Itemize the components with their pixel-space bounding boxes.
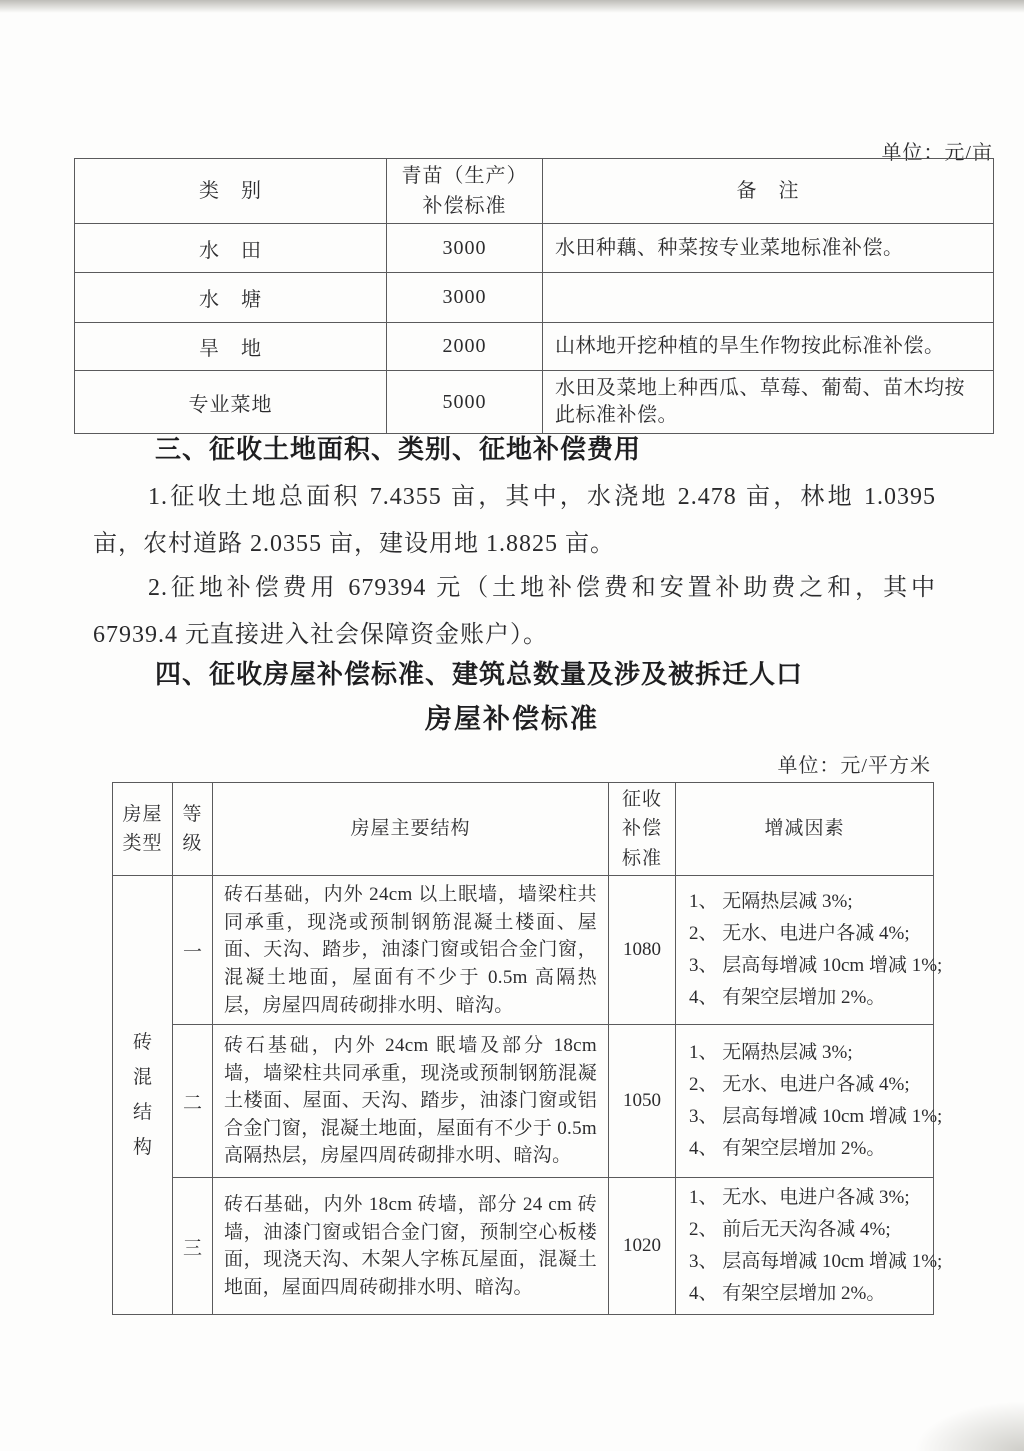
section3-paragraph-1: 1.征收土地总面积 7.4355 亩，其中，水浇地 2.478 亩，林地 1.0… xyxy=(93,474,936,568)
table2-cell-structure: 砖石基础，内外 18cm 砖墙，部分 24 cm 砖墙，油漆门窗或铝合金门窗，预… xyxy=(213,1178,609,1315)
table2-cell-factors: 1、 无隔热层减 3%; 2、 无水、电进户各减 4%; 3、 层高每增减 10… xyxy=(676,876,934,1025)
table1-cell-category: 水 塘 xyxy=(75,273,387,323)
table2-cell-grade: 三 xyxy=(173,1178,213,1315)
table1-row-paddy: 水 田 3000 水田种藕、种菜按专业菜地标准补偿。 xyxy=(75,224,994,273)
table2-cell-grade: 二 xyxy=(173,1025,213,1178)
table2-header-structure: 房屋主要结构 xyxy=(213,783,609,876)
table1-cell-standard: 3000 xyxy=(387,224,543,273)
table2-cell-factors: 1、 无隔热层减 3%; 2、 无水、电进户各减 4%; 3、 层高每增减 10… xyxy=(676,1025,934,1178)
table2-header-factors: 增减因素 xyxy=(676,783,934,876)
table1-cell-category: 水 田 xyxy=(75,224,387,273)
factor-item: 1、 无水、电进户各减 3%; xyxy=(689,1182,929,1214)
scan-corner-artifact xyxy=(914,1401,1024,1451)
factor-item: 4、 有架空层增加 2%。 xyxy=(689,1278,929,1310)
factor-item: 3、 层高每增减 10cm 增减 1%; xyxy=(689,1101,929,1133)
table2-cell-grade: 一 xyxy=(173,876,213,1025)
table1-cell-standard: 3000 xyxy=(387,273,543,323)
table2-cell-structure: 砖石基础，内外 24cm 以上眠墙，墙梁柱共同承重，现浇或预制钢筋混凝土楼面、屋… xyxy=(213,876,609,1025)
factor-item: 2、 前后无天沟各减 4%; xyxy=(689,1214,929,1246)
section3-heading: 三、征收土地面积、类别、征地补偿费用 xyxy=(155,429,641,466)
section4-heading: 四、征收房屋补偿标准、建筑总数量及涉及被拆迁人口 xyxy=(155,654,803,691)
table1-row-pond: 水 塘 3000 xyxy=(75,273,994,323)
house-compensation-table: 房屋类型 等级 房屋主要结构 征收补偿标准 增减因素 砖混结构 一 砖石基础，内… xyxy=(112,782,934,1315)
factor-item: 4、 有架空层增加 2%。 xyxy=(689,1133,929,1165)
table1-row-vegetable: 专业菜地 5000 水田及菜地上种西瓜、草莓、葡萄、苗木均按此标准补偿。 xyxy=(75,371,994,434)
factor-item: 1、 无隔热层减 3%; xyxy=(689,1037,929,1069)
table1-header-standard: 青苗（生产）补偿标准 xyxy=(387,159,543,224)
table2-header-grade: 等级 xyxy=(173,783,213,876)
table2-cell-factors: 1、 无水、电进户各减 3%; 2、 前后无天沟各减 4%; 3、 层高每增减 … xyxy=(676,1178,934,1315)
factor-item: 3、 层高每增减 10cm 增减 1%; xyxy=(689,1246,929,1278)
table1-header-remark: 备 注 xyxy=(543,159,994,224)
factor-item: 2、 无水、电进户各减 4%; xyxy=(689,1069,929,1101)
table2-cell-standard: 1020 xyxy=(609,1178,676,1315)
table2-row-grade2: 二 砖石基础，内外 24cm 眠墙及部分 18cm 墙，墙梁柱共同承重，现浇或预… xyxy=(113,1025,934,1178)
table1-header-row: 类 别 青苗（生产）补偿标准 备 注 xyxy=(75,159,994,224)
table1-cell-remark xyxy=(543,273,994,323)
table1-cell-remark: 山林地开挖种植的旱生作物按此标准补偿。 xyxy=(543,323,994,371)
table2-cell-standard: 1050 xyxy=(609,1025,676,1178)
scan-edge-artifact xyxy=(0,0,1024,13)
factor-item: 3、 层高每增减 10cm 增减 1%; xyxy=(689,950,929,982)
house-compensation-subheading: 房屋补偿标准 xyxy=(0,697,1024,736)
table1-cell-standard: 2000 xyxy=(387,323,543,371)
table1-cell-category: 专业菜地 xyxy=(75,371,387,434)
table1-cell-remark: 水田种藕、种菜按专业菜地标准补偿。 xyxy=(543,224,994,273)
table2-row-grade1: 砖混结构 一 砖石基础，内外 24cm 以上眠墙，墙梁柱共同承重，现浇或预制钢筋… xyxy=(113,876,934,1025)
table1-cell-standard: 5000 xyxy=(387,371,543,434)
table2-cell-structure: 砖石基础，内外 24cm 眠墙及部分 18cm 墙，墙梁柱共同承重，现浇或预制钢… xyxy=(213,1025,609,1178)
table1-cell-remark: 水田及菜地上种西瓜、草莓、葡萄、苗木均按此标准补偿。 xyxy=(543,371,994,434)
table1-cell-category: 旱 地 xyxy=(75,323,387,371)
table2-header-house-type: 房屋类型 xyxy=(113,783,173,876)
factor-item: 4、 有架空层增加 2%。 xyxy=(689,982,929,1014)
table2-cell-standard: 1080 xyxy=(609,876,676,1025)
table2-cell-house-type: 砖混结构 xyxy=(113,876,173,1315)
table2-row-grade3: 三 砖石基础，内外 18cm 砖墙，部分 24 cm 砖墙，油漆门窗或铝合金门窗… xyxy=(113,1178,934,1315)
table2-header-standard: 征收补偿标准 xyxy=(609,783,676,876)
house-type-vertical-text: 砖混结构 xyxy=(132,1025,153,1165)
table1-header-category: 类 别 xyxy=(75,159,387,224)
scanned-document-page: 单位：元/亩 类 别 青苗（生产）补偿标准 备 注 水 田 3000 水田种藕、… xyxy=(0,0,1024,1451)
table1-row-dryland: 旱 地 2000 山林地开挖种植的旱生作物按此标准补偿。 xyxy=(75,323,994,371)
land-crop-compensation-table: 类 别 青苗（生产）补偿标准 备 注 水 田 3000 水田种藕、种菜按专业菜地… xyxy=(74,158,994,434)
factor-item: 1、 无隔热层减 3%; xyxy=(689,886,929,918)
table2-unit-label: 单位：元/平方米 xyxy=(777,749,931,778)
table2-header-row: 房屋类型 等级 房屋主要结构 征收补偿标准 增减因素 xyxy=(113,783,934,876)
factor-item: 2、 无水、电进户各减 4%; xyxy=(689,918,929,950)
section3-paragraph-2: 2.征地补偿费用 679394 元（土地补偿费和安置补助费之和，其中 67939… xyxy=(93,565,936,659)
